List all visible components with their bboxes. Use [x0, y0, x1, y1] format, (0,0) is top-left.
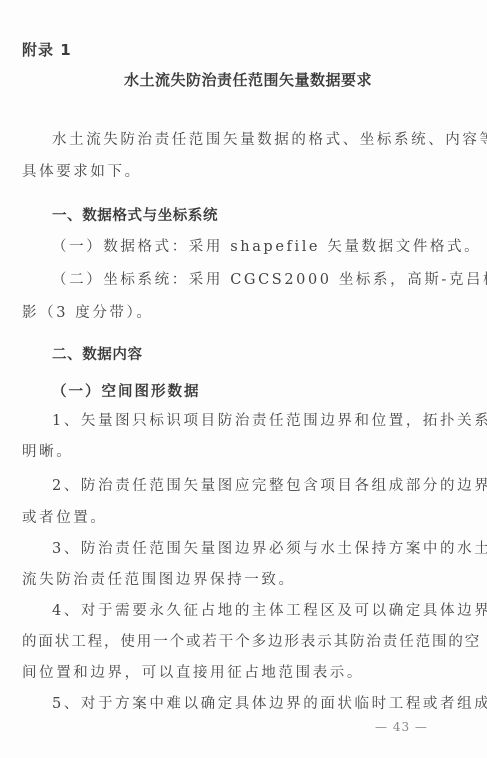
section-2-subheading: （一）空间图形数据: [52, 380, 201, 401]
appendix-label: 附录 1: [22, 39, 72, 60]
section-1-heading: 一、数据格式与坐标系统: [52, 204, 218, 225]
point-1-line-2: 明晰。: [22, 443, 73, 461]
document-page: 附录 1 水土流失防治责任范围矢量数据要求 水土流失防治责任范围矢量数据的格式、…: [0, 0, 487, 758]
page-number: — 43 —: [375, 720, 428, 734]
section-2-heading: 二、数据内容: [52, 343, 143, 364]
point-3-line-2: 流失防治责任范围图边界保持一致。: [22, 571, 296, 589]
point-2-line-1: 2、防治责任范围矢量图应完整包含项目各组成部分的边界: [52, 477, 487, 495]
document-title: 水土流失防治责任范围矢量数据要求: [124, 69, 372, 90]
point-5-line-1: 5、对于方案中难以确定具体边界的面状临时工程或者组成: [52, 695, 487, 713]
point-4-line-3: 间位置和边界，可以直接用征占地范围表示。: [22, 664, 364, 682]
intro-line-1: 水土流失防治责任范围矢量数据的格式、坐标系统、内容等: [52, 131, 487, 149]
section-1-item-2-line-2: 影（3 度分带）。: [22, 304, 153, 322]
point-4-line-1: 4、对于需要永久征占地的主体工程区及可以确定具体边界: [52, 602, 487, 620]
section-1-item-2-line-1: （二）坐标系统：采用 CGCS2000 坐标系，高斯-克吕格投: [52, 271, 487, 289]
intro-line-2: 具体要求如下。: [22, 163, 142, 181]
point-2-line-2: 或者位置。: [22, 509, 108, 527]
point-1-line-1: 1、矢量图只标识项目防治责任范围边界和位置，拓扑关系: [52, 412, 487, 430]
section-1-item-1: （一）数据格式：采用 shapefile 矢量数据文件格式。: [52, 238, 481, 256]
point-3-line-1: 3、防治责任范围矢量图边界必须与水土保持方案中的水土: [52, 540, 487, 558]
point-4-line-2: 的面状工程，使用一个或若干个多边形表示其防治责任范围的空: [22, 633, 481, 651]
